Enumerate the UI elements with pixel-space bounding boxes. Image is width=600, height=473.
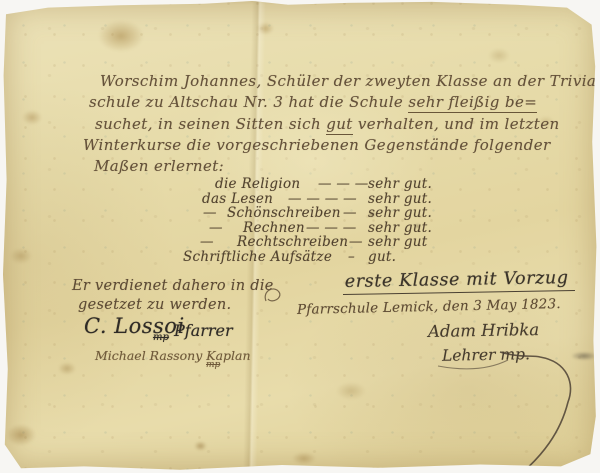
grade-value: sehr gut. [368,205,432,221]
signature-lehrer-name: Adam Hribka [428,320,539,341]
paper-stain [292,452,316,465]
paper-stain [58,362,76,375]
signature-kaplan-mp: mp [206,360,220,370]
grade-value: gut. [368,249,396,265]
signature-pfarrer-name: C. Lossoi [84,314,185,338]
subject-label: Schönschreiben [227,205,341,221]
ink-smudge [572,352,596,360]
signature-lehrer-title: Lehrer mp. [442,345,530,365]
paper-stain [194,441,207,451]
dash-lead: — [203,205,217,221]
document-scan: Worschim Johannes, Schüler der zweyten K… [0,0,600,473]
signature-pfarrer-title: Pfarrer [174,321,233,340]
paper-stain [22,110,42,125]
dash-lead: — [200,234,214,250]
underlined-grade-word: gut [326,115,353,135]
dash-leader: — [349,234,363,250]
paragraph-line: Maßen erlernet: [94,157,224,175]
dash-leader: – [348,249,355,265]
dash-leader: — [343,205,357,221]
grade-value: sehr gut. [368,176,432,192]
aged-paper-sheet: Worschim Johannes, Schüler der zweyten K… [0,0,600,473]
paragraph-line: Worschim Johannes, Schüler der zweyten K… [100,72,600,90]
paragraph-text: verhalten, und im letzten [353,115,560,133]
signature-kaplan: Michael Rassony Kaplan [95,348,251,363]
paper-stain [488,48,510,63]
paragraph-text: suchet, in seinen Sitten sich [95,115,326,133]
underlined-grade-word: sehr fleißig be= [408,93,537,113]
paragraph-line: Winterkurse die vorgeschriebenen Gegenst… [83,136,551,154]
verdict-prefix: Er verdienet dahero in die [72,278,274,294]
paper-stain [98,20,144,52]
verdict-highlight: erste Klasse mit Vorzug [343,268,575,295]
subject-label: Schriftliche Aufsätze [183,249,332,265]
paragraph-line: suchet, in seinen Sitten sich gut verhal… [95,115,560,133]
paper-stain [10,248,32,264]
paper-stain [6,424,36,446]
paragraph-line: schule zu Altschau Nr. 3 hat die Schule … [89,93,537,111]
signature-mp-monogram: mp [153,332,169,343]
subject-label: die Religion [215,176,300,192]
subject-label: Rechtschreiben [237,234,348,250]
verdict-suffix: gesetzet zu werden. [78,297,231,313]
paper-stain [336,382,366,400]
grade-value: sehr gut [368,234,428,250]
dash-leader: — — — [318,176,369,192]
paragraph-text: schule zu Altschau Nr. 3 hat die Schule [89,93,408,111]
